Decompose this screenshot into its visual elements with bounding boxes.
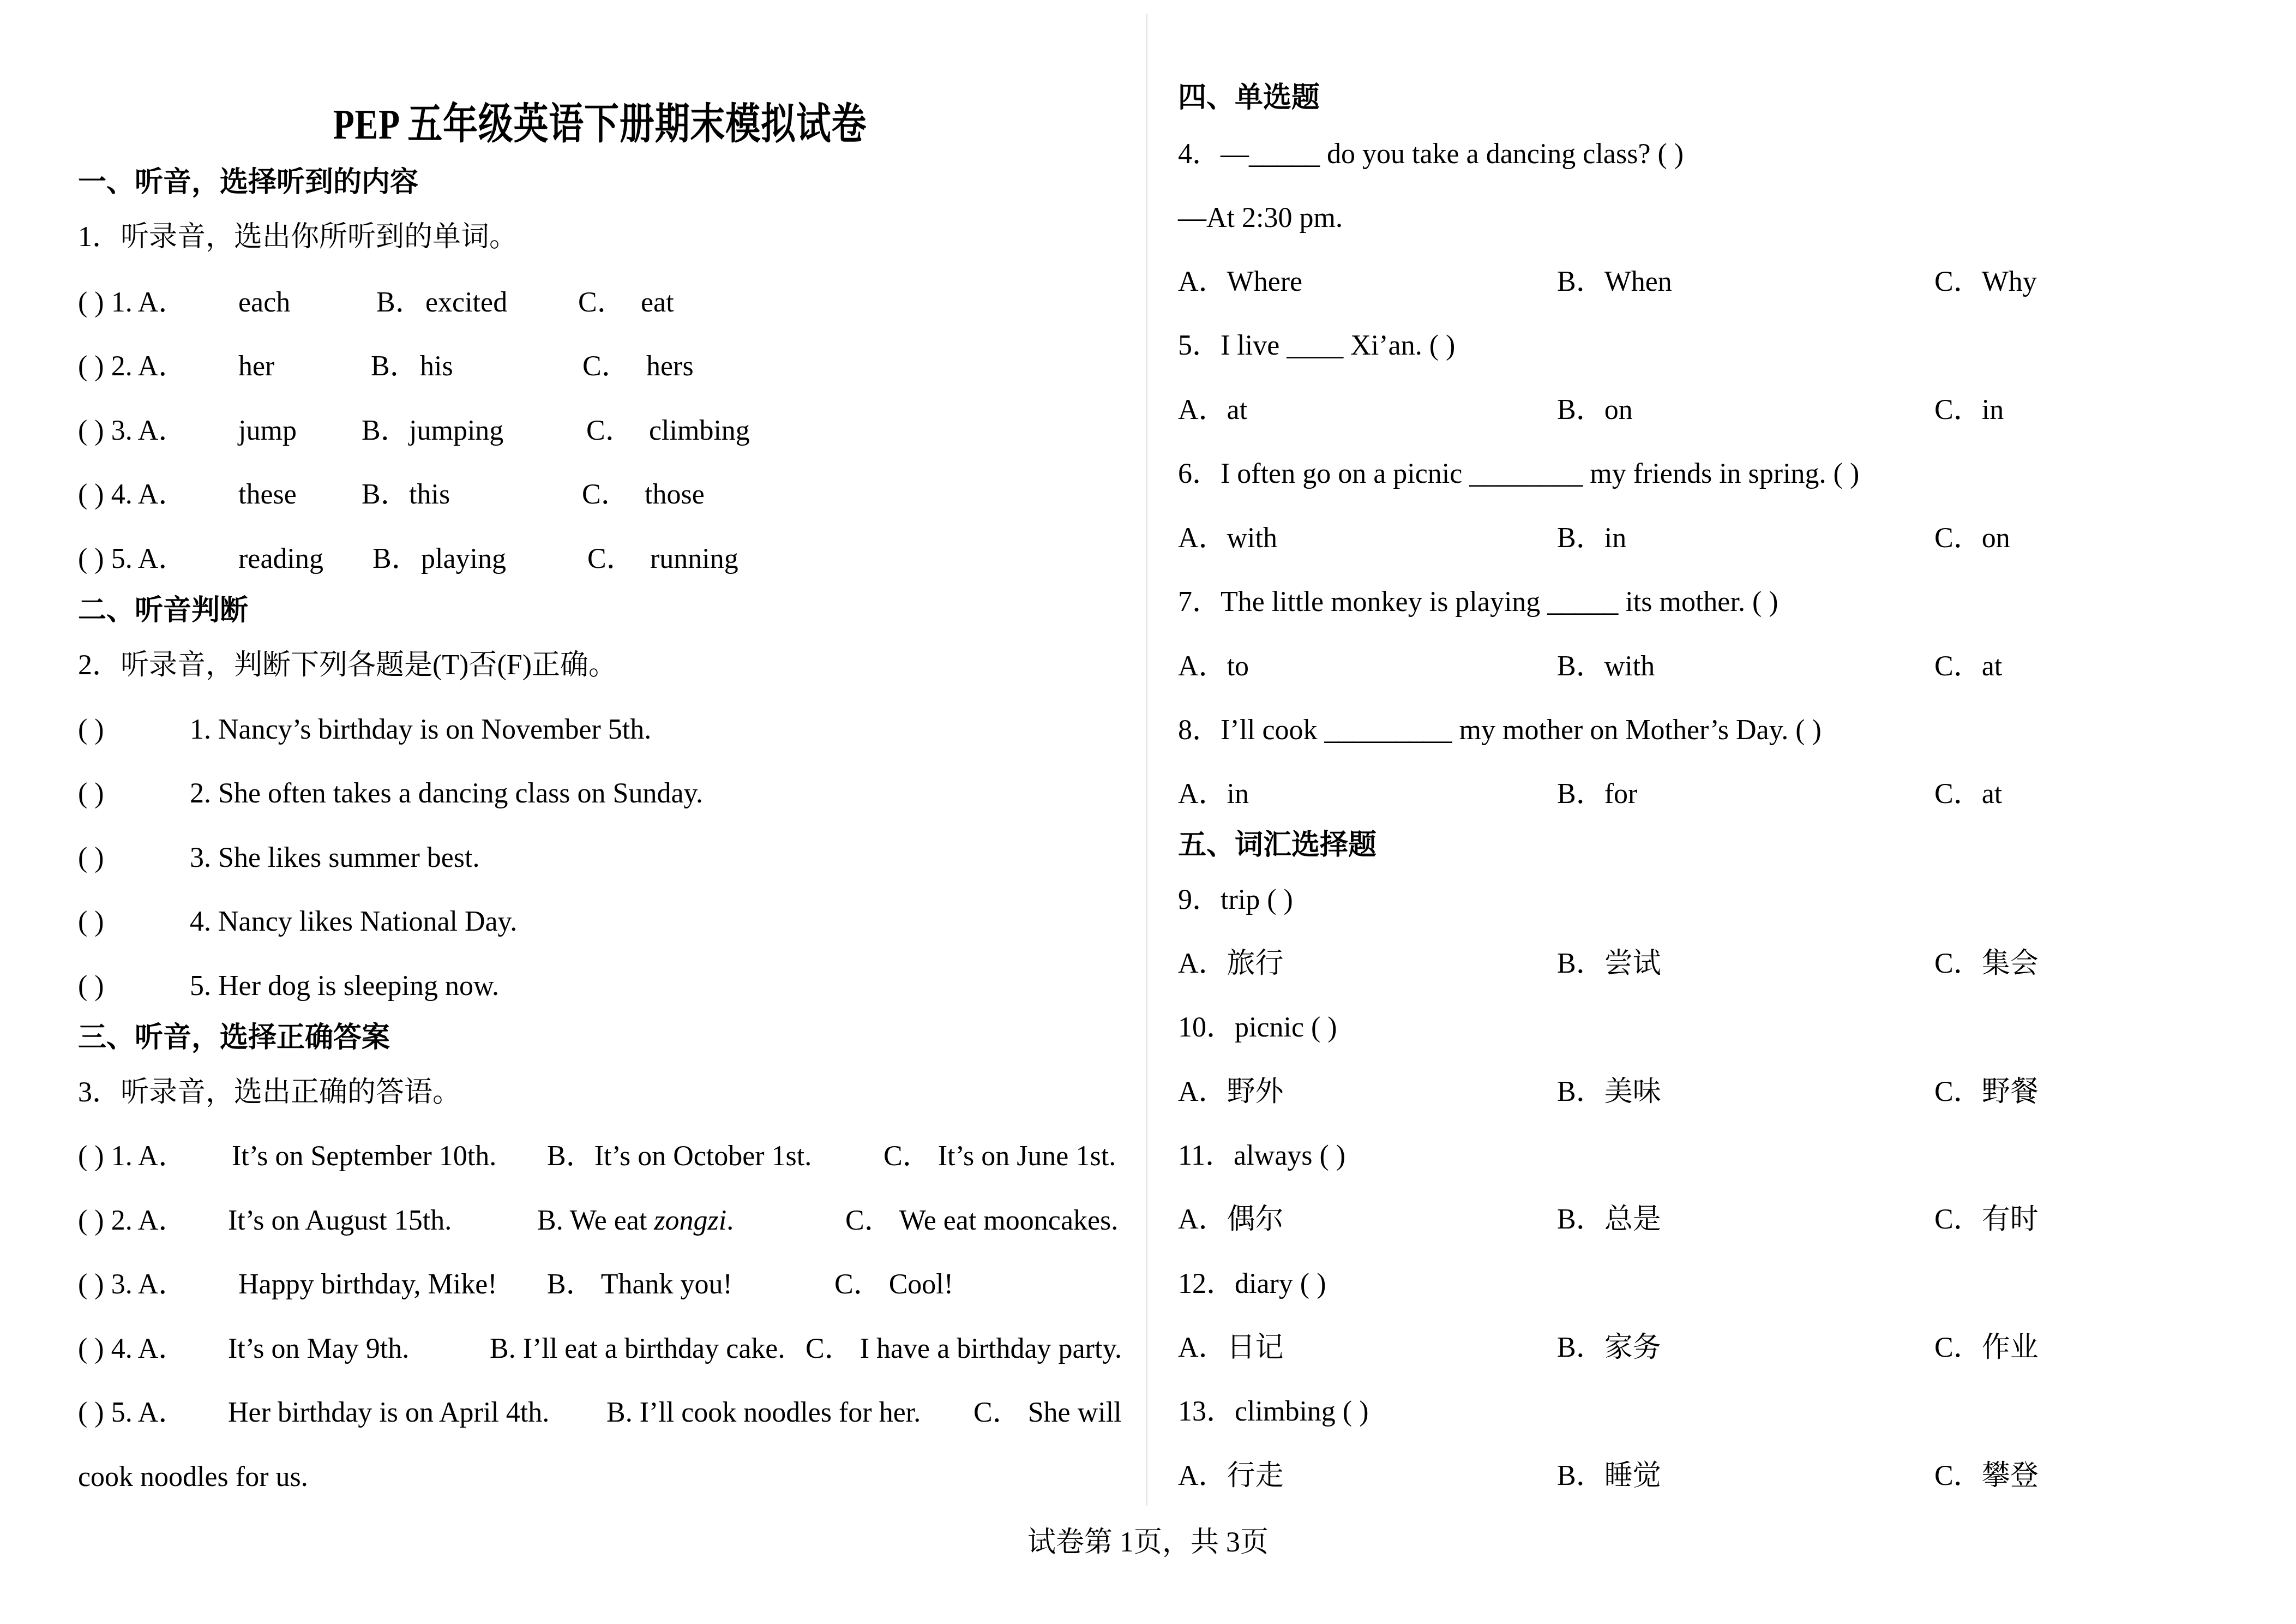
item-prefix: ( ) 3. A． — [78, 415, 187, 447]
option-c: C． Cool! — [834, 1268, 953, 1301]
column-divider — [1146, 14, 1147, 1506]
option-a: reading — [238, 543, 323, 576]
option-b: B. We eat zongzi. — [537, 1204, 734, 1237]
question-stem: 4．—_____ do you take a dancing class? ( … — [1178, 138, 1684, 171]
option-a: A．in — [1178, 778, 1249, 811]
option-b: jumping — [409, 415, 503, 447]
item-prefix: ( ) 5. A． — [78, 1397, 187, 1429]
question-stem: 7．The little monkey is playing _____ its… — [1178, 586, 1778, 619]
question-stem: 12．diary ( ) — [1178, 1268, 1326, 1301]
answer-paren: ( ) — [78, 842, 104, 874]
item-prefix: ( ) 4. A． — [78, 1333, 187, 1365]
option-a: A．日记 — [1178, 1332, 1284, 1364]
option-c: hers — [646, 350, 694, 383]
option-a: A．at — [1178, 394, 1247, 427]
section-3-instruction: 3．听录音，选出正确的答语。 — [78, 1076, 461, 1109]
section-1-instruction: 1．听录音，选出你所听到的单词。 — [78, 221, 518, 254]
exam-page: PEP 五年级英语下册期末模拟试卷 一、听音，选择听到的内容 1．听录音，选出你… — [0, 0, 2296, 1624]
option-b: B．in — [1557, 522, 1626, 555]
option-b: B. I’ll cook noodles for her. — [606, 1397, 921, 1429]
item-prefix: ( ) 4. A． — [78, 478, 187, 511]
question-stem: 9．trip ( ) — [1178, 884, 1293, 916]
option-a: each — [238, 286, 290, 319]
item-prefix: ( ) 1. A． — [78, 286, 187, 319]
option-b: his — [420, 350, 453, 383]
option-b: B．尝试 — [1557, 948, 1661, 980]
option-b: B．It’s on October 1st. — [547, 1140, 812, 1173]
item-prefix: ( ) 5. A． — [78, 543, 187, 576]
option-c: running — [650, 543, 738, 576]
statement: 1. Nancy’s birthday is on November 5th. — [190, 714, 651, 746]
option-c: C． It’s on June 1st. — [883, 1140, 1116, 1173]
option-b: B．with — [1557, 650, 1655, 683]
option-a: It’s on August 15th. — [228, 1204, 452, 1237]
option-c-label: C． — [587, 543, 635, 576]
item-prefix: ( ) 2. A． — [78, 350, 187, 383]
question-extra: —At 2:30 pm. — [1178, 202, 1343, 235]
option-a: A．偶尔 — [1178, 1203, 1284, 1236]
question-stem: 8．I’ll cook _________ my mother on Mothe… — [1178, 714, 1822, 747]
option-c: C． We eat mooncakes. — [845, 1204, 1118, 1237]
item-prefix: ( ) 2. A． — [78, 1204, 187, 1237]
option-c: C．at — [1934, 650, 2002, 683]
option-a: these — [238, 478, 297, 511]
option-a: Her birthday is on April 4th. — [228, 1397, 549, 1429]
option-b: B．睡觉 — [1557, 1460, 1661, 1493]
option-c: C．Why — [1934, 266, 2037, 298]
question-stem: 5．I live ____ Xi’an. ( ) — [1178, 329, 1455, 362]
option-a: A．to — [1178, 650, 1249, 683]
section-2-heading: 二、听音判断 — [78, 595, 248, 627]
option-c: climbing — [649, 415, 750, 447]
option-b-italic: zongzi — [654, 1205, 726, 1236]
option-b-end: . — [726, 1205, 734, 1236]
option-b-label: B． — [372, 543, 420, 576]
section-2-instruction: 2．听录音，判断下列各题是(T)否(F)正确。 — [78, 649, 617, 682]
option-c-label: C． — [582, 478, 629, 511]
answer-paren: ( ) — [78, 777, 104, 810]
option-c: C．攀登 — [1934, 1460, 2039, 1493]
section-1-heading: 一、听音，选择听到的内容 — [78, 166, 418, 199]
option-b-text: B. We eat — [537, 1205, 654, 1236]
option-b: playing — [421, 543, 506, 576]
answer-paren: ( ) — [78, 714, 104, 746]
option-b-label: B． — [362, 478, 409, 511]
question-stem: 13．climbing ( ) — [1178, 1395, 1369, 1428]
option-c-label: C． — [582, 350, 630, 383]
option-a: It’s on September 10th. — [232, 1140, 496, 1173]
option-a: jump — [238, 415, 297, 447]
option-b: this — [409, 478, 450, 511]
option-c: C．野餐 — [1934, 1076, 2039, 1108]
section-3-continuation: cook noodles for us. — [78, 1461, 308, 1494]
option-b: B． Thank you! — [547, 1268, 732, 1301]
option-b: excited — [425, 286, 507, 319]
option-c: C．集会 — [1934, 948, 2039, 980]
statement: 2. She often takes a dancing class on Su… — [190, 777, 703, 810]
option-c: C． She will — [973, 1397, 1122, 1429]
option-b-label: B． — [371, 350, 418, 383]
option-c: C．作业 — [1934, 1332, 2039, 1364]
answer-paren: ( ) — [78, 906, 104, 938]
option-b: B．家务 — [1557, 1332, 1661, 1364]
statement: 5. Her dog is sleeping now. — [190, 970, 499, 1003]
option-b: B．When — [1557, 266, 1672, 298]
statement: 3. She likes summer best. — [190, 842, 480, 874]
option-c: C．on — [1934, 522, 2010, 555]
option-b: B. I’ll eat a birthday cake. — [490, 1333, 785, 1365]
option-b-label: B． — [362, 415, 409, 447]
option-a: It’s on May 9th. — [228, 1333, 409, 1365]
page-title: PEP 五年级英语下册期末模拟试卷 — [108, 90, 1092, 151]
option-c: eat — [641, 286, 674, 319]
section-3-heading: 三、听音，选择正确答案 — [78, 1022, 390, 1054]
section-4-heading: 四、单选题 — [1178, 82, 1320, 115]
option-b-label: B． — [376, 286, 424, 319]
option-a: A．旅行 — [1178, 948, 1284, 980]
question-stem: 10．picnic ( ) — [1178, 1011, 1337, 1044]
option-a: A．with — [1178, 522, 1277, 555]
option-c: C．at — [1934, 778, 2002, 811]
option-a: Happy birthday, Mike! — [238, 1268, 497, 1301]
option-b: B．总是 — [1557, 1203, 1661, 1236]
option-b: B．on — [1557, 394, 1633, 427]
option-b: B．美味 — [1557, 1076, 1661, 1108]
question-stem: 11．always ( ) — [1178, 1140, 1345, 1172]
option-a: A．行走 — [1178, 1460, 1284, 1493]
option-c-label: C． — [586, 415, 634, 447]
option-c: C． I have a birthday party. — [806, 1333, 1122, 1365]
option-c: those — [645, 478, 705, 511]
option-a: A．Where — [1178, 266, 1302, 298]
option-a: A．野外 — [1178, 1076, 1284, 1108]
statement: 4. Nancy likes National Day. — [190, 906, 517, 938]
item-prefix: ( ) 1. A． — [78, 1140, 187, 1173]
answer-paren: ( ) — [78, 970, 104, 1003]
item-prefix: ( ) 3. A． — [78, 1268, 187, 1301]
section-5-heading: 五、词汇选择题 — [1178, 829, 1377, 862]
option-c: C．有时 — [1934, 1203, 2039, 1236]
option-c-label: C． — [578, 286, 626, 319]
option-b: B．for — [1557, 778, 1637, 811]
option-a: her — [238, 350, 274, 383]
option-c: C．in — [1934, 394, 2004, 427]
question-stem: 6．I often go on a picnic ________ my fri… — [1178, 458, 1859, 490]
page-footer: 试卷第 1页，共 3页 — [0, 1526, 2296, 1559]
